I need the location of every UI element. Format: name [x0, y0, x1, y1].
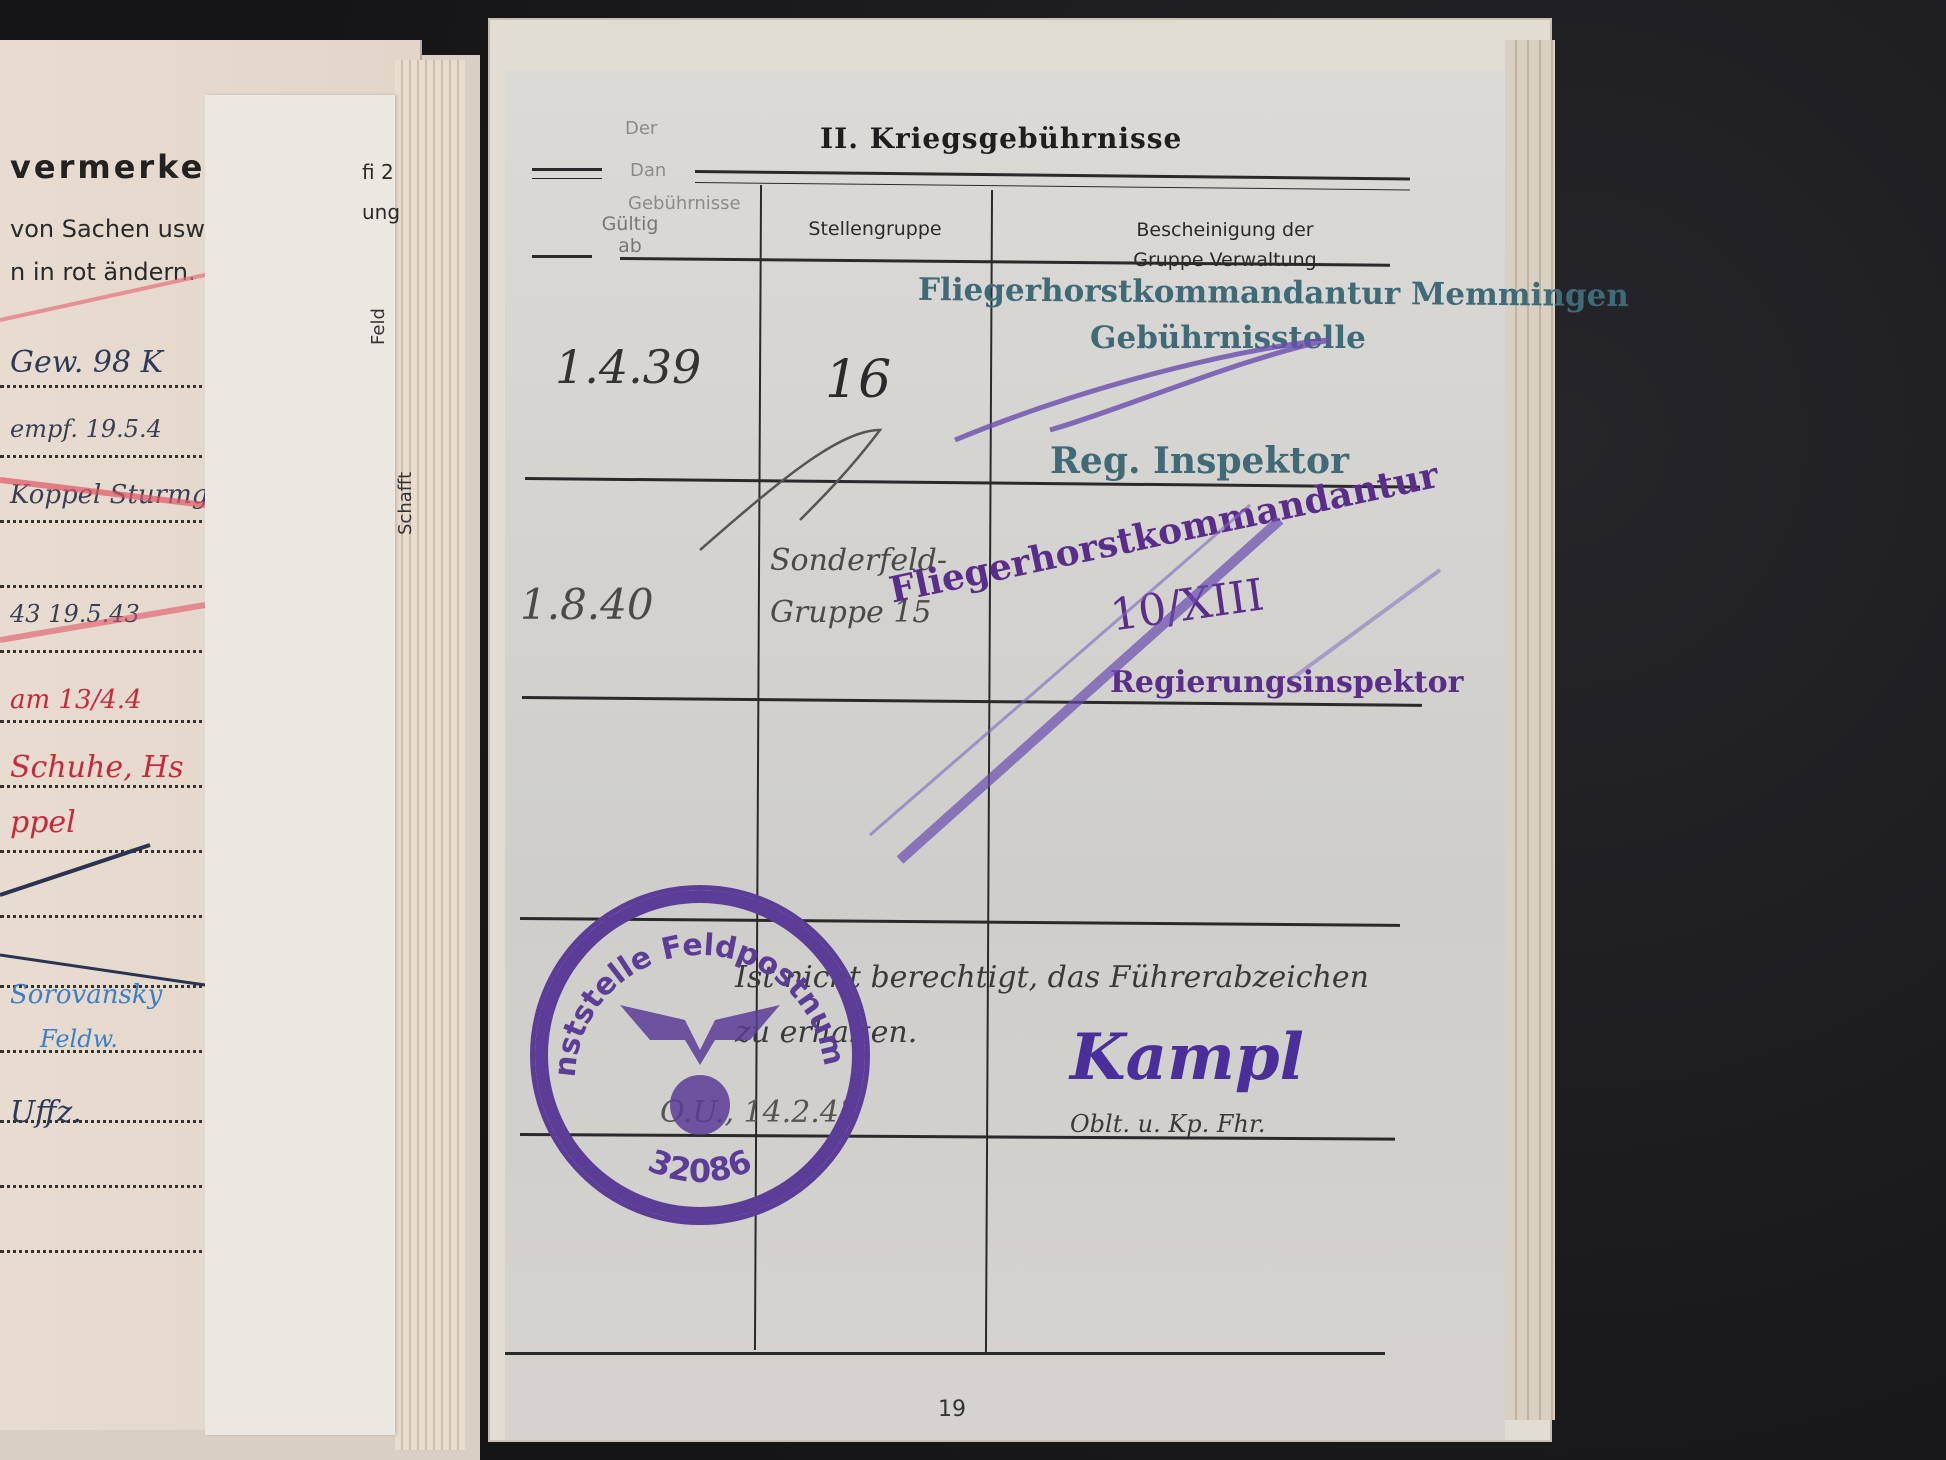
ink-strokes [0, 0, 1946, 1460]
page-number: 19 [938, 1397, 966, 1422]
eagle-emblem-icon: Dienststelle Feldpostnummer 32086 [535, 890, 865, 1220]
svg-text:32086: 32086 [643, 1142, 757, 1190]
official-round-stamp: Dienststelle Feldpostnummer 32086 [530, 885, 870, 1225]
